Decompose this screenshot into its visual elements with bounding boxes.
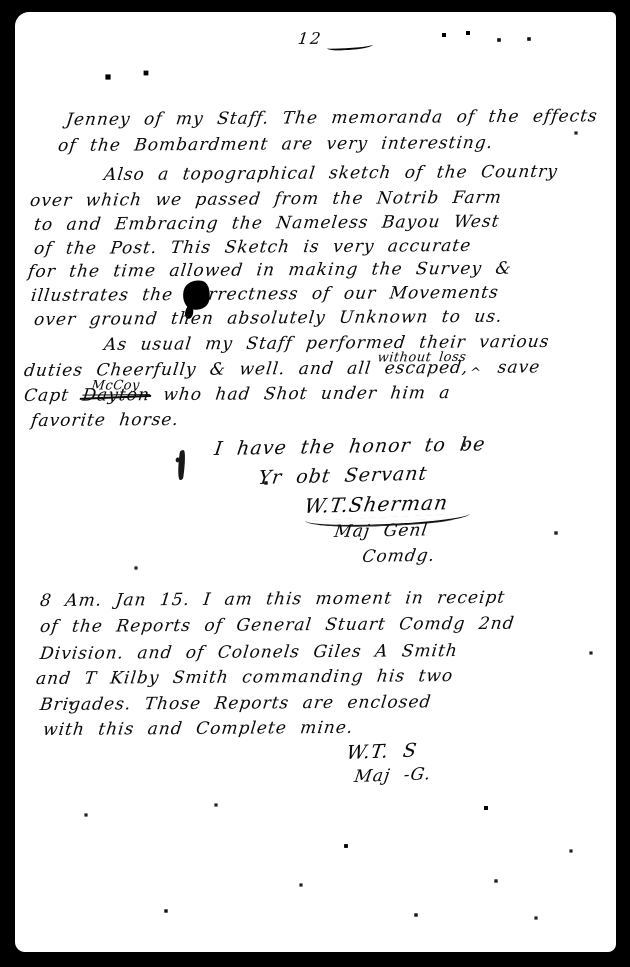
manuscript-line: over which we passed from the Notrib Far… bbox=[29, 189, 503, 211]
postscript-line: Division. and of Colonels Giles A Smith bbox=[39, 642, 459, 664]
pen-flourish-dash bbox=[327, 42, 373, 51]
manuscript-line: As usual my Staff performed their variou… bbox=[103, 333, 550, 355]
manuscript-line: Also a topographical sketch of the Count… bbox=[103, 163, 559, 185]
manuscript-line: Jenney of my Staff. The memoranda of the… bbox=[65, 107, 599, 129]
manuscript-line: to and Embracing the Nameless Bayou West bbox=[33, 213, 501, 235]
postscript-line: with this and Complete mine. bbox=[42, 719, 354, 740]
postscript-line: 8 Am. Jan 15. I am this moment in receip… bbox=[39, 589, 506, 611]
manuscript-line-with-correction: Capt DaytonMcCoy who had Shot under him … bbox=[23, 384, 452, 406]
manuscript-line: for the time allowed in making the Surve… bbox=[27, 260, 513, 282]
closing-line: I have the honor to be bbox=[213, 434, 487, 460]
scan-black-border: 12 Jenney of my Staff. The memoranda of … bbox=[0, 0, 630, 967]
struck-word-anchor: DaytonMcCoy bbox=[81, 385, 151, 405]
closing-line: Yr obt Servant bbox=[257, 464, 429, 489]
scan-noise-specks bbox=[15, 12, 17, 14]
manuscript-line-with-insertion: duties Cheerfully & well. and all escape… bbox=[23, 358, 541, 380]
insertion-caret: ^ bbox=[469, 366, 483, 381]
manuscript-line: favorite horse. bbox=[30, 411, 180, 431]
insertion-anchor: without loss^ bbox=[467, 358, 485, 378]
signature-name: W.T.Sherman bbox=[303, 491, 450, 517]
manuscript-paper: 12 Jenney of my Staff. The memoranda of … bbox=[15, 12, 616, 952]
manuscript-line: of the Bombardment are very interesting. bbox=[57, 134, 494, 156]
ink-smudge bbox=[176, 450, 187, 481]
postscript-initials: W.T. S bbox=[345, 741, 419, 764]
manuscript-line: illustrates the correctness of our Movem… bbox=[30, 284, 500, 306]
postscript-line: Brigades. Those Reports are enclosed bbox=[39, 693, 432, 714]
manuscript-line: of the Post. This Sketch is very accurat… bbox=[33, 237, 472, 259]
interlinear-insertion-without-loss: without loss bbox=[377, 351, 467, 366]
signature-rank: Maj Genl bbox=[333, 521, 429, 541]
interlinear-correction-mccoy: McCoy bbox=[91, 379, 141, 394]
line-text: Capt bbox=[23, 386, 70, 406]
page-number: 12 bbox=[297, 30, 323, 48]
line-text: save bbox=[497, 357, 542, 377]
manuscript-line: over ground then absolutely Unknown to u… bbox=[33, 308, 504, 330]
postscript-line: and T Kilby Smith commanding his two bbox=[35, 667, 454, 689]
signature-title: Comdg. bbox=[361, 547, 436, 567]
line-text: who had Shot under him a bbox=[162, 383, 452, 405]
postscript-line: of the Reports of General Stuart Comdg 2… bbox=[39, 615, 516, 637]
scanned-manuscript-page: { "colors": { "ink": "#000000", "paper":… bbox=[0, 0, 630, 967]
ink-blot bbox=[180, 278, 213, 313]
postscript-rank: Maj -G. bbox=[353, 765, 432, 786]
